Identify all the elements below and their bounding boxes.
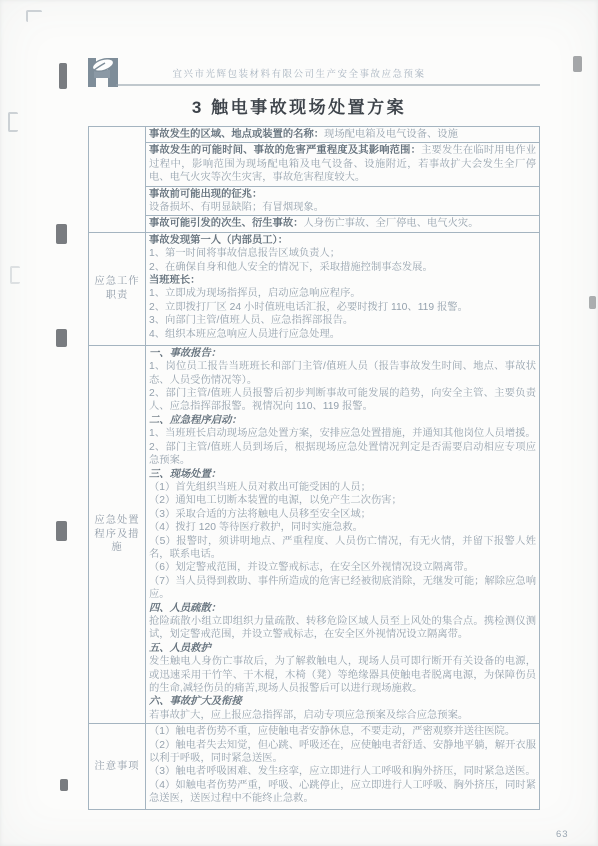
section-label-duties: 应急工作职责 [89,232,146,345]
paragraph: （5）报警时，须讲明地点、严重程度、人员伤亡情况，有无火情，并留下报警人姓名，联… [149,535,536,562]
text-segment: 1、岗位员工报告当班班长和部门主管/值班人员（报告事故发生时间、地点、事故状态、… [149,361,536,385]
paragraph: （3）触电者呼吸困难、发生痉挛，应立即进行人工呼吸和胸外挤压，同时紧急送医。 [149,765,536,778]
paragraph: 五、人员救护 [149,642,536,655]
text-segment: （1）首先组织当班人员对救出可能受困的人员； [149,482,371,493]
paragraph: （3）采取合适的方法将触电人员移至安全区域； [149,508,536,521]
paragraph: 事故发生的可能时间、事故的危害严重程度及其影响范围：主要发生在临时用电作业过程中… [149,144,536,184]
paragraph: 2、部门主管/值班人员报警后初步判断事故可能发展的趋势，向安全主管、主要负责人、… [149,387,536,414]
text-segment: 1、第一时间将事故信息报告区域负责人； [149,248,340,259]
scan-artifact [589,296,596,309]
text-segment: 四、人员疏散： [149,603,221,614]
paragraph: 事故前可能出现的征兆： [149,188,536,201]
section-content-notes: （1）触电者伤势不重，应使触电者安静休息，不要走动，严密观察并送往医院。（2）触… [146,724,540,810]
text-segment: 若事故扩大，应上报应急指挥部，启动专项应急预案及综合应急预案。 [149,710,468,721]
table-row: 事故发生的可能时间、事故的危害严重程度及其影响范围：主要发生在临时用电作业过程中… [89,143,540,186]
text-segment: 2、部门主管/值班人员报警后初步判断事故可能发展的趋势，向安全主管、主要负责人、… [149,388,536,412]
text-segment: 人身伤亡事故、全厂停电、电气火灾。 [303,218,478,229]
paragraph: 事故发现第一人（内部员工）： [149,234,536,247]
paragraph: 四、人员疏散： [149,602,536,615]
paragraph: 2、部门主管/值班人员到场后，根据现场应急处置情况判定是否需要启动相应专项应急预… [149,441,536,468]
text-segment: （6）划定警戒范围，并设立警戒标志，在安全区外视情况设立隔离带。 [149,562,474,573]
scan-artifact [26,10,42,22]
text-segment: （4）拨打 120 等待医疗救护，同时实施急救。 [149,522,363,533]
text-segment: 五、人员救护 [149,643,211,654]
scan-artifact [56,329,67,347]
text-segment: 事故可能引发的次生、衍生事故： [149,218,303,229]
table-row: 应急工作职责 事故发现第一人（内部员工）：1、第一时间将事故信息报告区域负责人；… [89,232,540,345]
text-segment: 发生触电人身伤亡事故后，为了解救触电人，现场人员可即行断开有关设备的电源，或迅速… [149,656,536,694]
paragraph: 三、现场处置： [149,468,536,481]
text-segment: 设备损坏、有明显缺陷；有冒烟现象。 [149,202,324,213]
risk-row-secondary-accidents: 事故可能引发的次生、衍生事故：人身伤亡事故、全厂停电、电气火灾。 [146,216,540,232]
risk-row-time-impact: 事故发生的可能时间、事故的危害严重程度及其影响范围：主要发生在临时用电作业过程中… [146,143,540,186]
text-segment: （2）通知电工切断本装置的电源，以免产生二次伤害； [149,495,402,506]
paragraph: （1）触电者伤势不重，应使触电者安静休息，不要走动，严密观察并送往医院。 [149,725,536,738]
paragraph: 抢险疏散小组立即组织力量疏散、转移危险区域人员至上风处的集合点。携检测仪测试，划… [149,615,536,642]
scan-artifact [56,224,67,244]
text-segment: （4）如触电者伤势严重，呼吸、心跳停止，应立即进行人工呼吸、胸外挤压，同时紧急送… [149,780,536,804]
paragraph: （1）首先组织当班人员对救出可能受困的人员； [149,481,536,494]
section-content-procedures: 一、事故报告：1、岗位员工报告当班班长和部门主管/值班人员（报告事故发生时间、地… [146,345,540,723]
text-segment: 一、事故报告： [149,348,221,359]
scan-artifact [10,266,20,284]
text-segment: 2、部门主管/值班人员到场后，根据现场应急处置情况判定是否需要启动相应专项应急预… [149,442,536,466]
paragraph: 1、立即成为现场指挥员，启动应急响应程序。 [149,287,536,300]
page-title: 3 触电事故现场处置方案 [0,93,598,118]
paragraph: （4）如触电者伤势严重，呼吸、心跳停止，应立即进行人工呼吸、胸外挤压，同时紧急送… [149,779,536,806]
text-segment: （7）当人员得到救助、事件所造成的危害已经被彻底消除，无继发可能；解除应急响应。 [149,576,536,600]
text-segment: （5）报警时，须讲明地点、严重程度、人员伤亡情况，有无火情，并留下报警人姓名，联… [149,536,536,560]
paragraph: 若事故扩大，应上报应急指挥部，启动专项应急预案及综合应急预案。 [149,709,536,722]
text-segment: 3、向部门主管/值班人员、应急指挥部报告。 [149,315,353,326]
table-row: 应急处置程序及措施 一、事故报告：1、岗位员工报告当班班长和部门主管/值班人员（… [89,345,540,723]
text-segment: （3）采取合适的方法将触电人员移至安全区域； [149,509,371,520]
document-page: 宜兴市光辉包装材料有限公司生产安全事故应急预案 3 触电事故现场处置方案 事故发… [0,0,598,846]
scan-artifact [56,521,67,541]
section-label-notes: 注意事项 [89,724,146,810]
paragraph: （7）当人员得到救助、事件所造成的危害已经被彻底消除，无继发可能；解除应急响应。 [149,575,536,602]
paragraph: 设备损坏、有明显缺陷；有冒烟现象。 [149,201,536,214]
text-segment: 1、当班班长启动现场应急处置方案，安排应急处置措施，并通知其他岗位人员增援。 [149,428,536,439]
text-segment: （1）触电者伤势不重，应使触电者安静休息，不要走动，严密观察并送往医院。 [149,726,515,737]
paragraph: 事故发生的区域、地点或装置的名称：现场配电箱及电气设备、设施 [149,128,536,141]
text-segment: 事故发生的可能时间、事故的危害严重程度及其影响范围： [149,145,421,156]
text-segment: 当班班长： [149,275,200,286]
paragraph: （2）通知电工切断本装置的电源，以免产生二次伤害； [149,494,536,507]
scan-artifact [60,779,68,791]
table-row: 事故可能引发的次生、衍生事故：人身伤亡事故、全厂停电、电气火灾。 [89,216,540,232]
paragraph: 3、向部门主管/值班人员、应急指挥部报告。 [149,314,536,327]
text-segment: 4、组织本班应急响应人员进行应急处理。 [149,329,340,340]
paragraph: 4、组织本班应急响应人员进行应急处理。 [149,328,536,341]
paragraph: 六、事故扩大及衔接 [149,695,536,708]
text-segment: 2、在确保自身和他人安全的情况下，采取措施控制事态发展。 [149,262,433,273]
risk-row-location: 事故发生的区域、地点或装置的名称：现场配电箱及电气设备、设施 [146,127,540,143]
paragraph: 事故可能引发的次生、衍生事故：人身伤亡事故、全厂停电、电气火灾。 [149,217,536,230]
paragraph: （4）拨打 120 等待医疗救护，同时实施急救。 [149,521,536,534]
section-content-duties: 事故发现第一人（内部员工）：1、第一时间将事故信息报告区域负责人；2、在确保自身… [146,232,540,345]
text-segment: 现场配电箱及电气设备、设施 [324,129,458,140]
text-segment: 事故发生的区域、地点或装置的名称： [149,129,324,140]
paragraph: 一、事故报告： [149,347,536,360]
paragraph: 2、在确保自身和他人安全的情况下，采取措施控制事态发展。 [149,261,536,274]
paragraph: 1、岗位员工报告当班班长和部门主管/值班人员（报告事故发生时间、地点、事故状态、… [149,360,536,387]
paragraph: 1、当班班长启动现场应急处置方案，安排应急处置措施，并通知其他岗位人员增援。 [149,427,536,440]
text-segment: （2）触电者失去知觉，但心跳、呼吸还在，应使触电者舒适、安静地平躺，解开衣服以利… [149,740,536,764]
document-header-text: 宜兴市光辉包装材料有限公司生产安全事故应急预案 [0,66,598,80]
paragraph: 2、立即拨打厂区 24 小时值班电话汇报，必要时拨打 110、119 报警。 [149,301,536,314]
text-segment: 六、事故扩大及衔接 [149,696,242,707]
text-segment: 2、立即拨打厂区 24 小时值班电话汇报，必要时拨打 110、119 报警。 [149,302,468,313]
text-segment: 抢险疏散小组立即组织力量疏散、转移危险区域人员至上风处的集合点。携检测仪测试，划… [149,616,536,640]
risk-analysis-label-cell [89,127,146,233]
paragraph: 二、应急程序启动： [149,414,536,427]
paragraph: 发生触电人身伤亡事故后，为了解救触电人，现场人员可即行断开有关设备的电源，或迅速… [149,655,536,695]
text-segment: 事故发现第一人（内部员工）： [149,235,288,246]
emergency-plan-table: 事故发生的区域、地点或装置的名称：现场配电箱及电气设备、设施 事故发生的可能时间… [88,126,540,810]
risk-row-signs: 事故前可能出现的征兆：设备损坏、有明显缺陷；有冒烟现象。 [146,186,540,216]
table-row: 事故前可能出现的征兆：设备损坏、有明显缺陷；有冒烟现象。 [89,186,540,216]
text-segment: 二、应急程序启动： [149,415,242,426]
text-segment: 事故前可能出现的征兆： [149,189,262,200]
paragraph: （6）划定警戒范围，并设立警戒标志，在安全区外视情况设立隔离带。 [149,561,536,574]
text-segment: （3）触电者呼吸困难、发生痉挛，应立即进行人工呼吸和胸外挤压，同时紧急送医。 [149,766,536,777]
text-segment: 1、立即成为现场指挥员，启动应急响应程序。 [149,288,361,299]
paragraph: 当班班长： [149,274,536,287]
text-segment: 三、现场处置： [149,469,221,480]
table-row: 注意事项 （1）触电者伤势不重，应使触电者安静休息，不要走动，严密观察并送往医院… [89,724,540,810]
paragraph: 1、第一时间将事故信息报告区域负责人； [149,247,536,260]
table-row: 事故发生的区域、地点或装置的名称：现场配电箱及电气设备、设施 [89,127,540,143]
paragraph: （2）触电者失去知觉，但心跳、呼吸还在，应使触电者舒适、安静地平躺，解开衣服以利… [149,739,536,766]
section-label-procedures: 应急处置程序及措施 [89,345,146,723]
page-number: 63 [556,829,569,840]
header-divider [116,84,540,86]
